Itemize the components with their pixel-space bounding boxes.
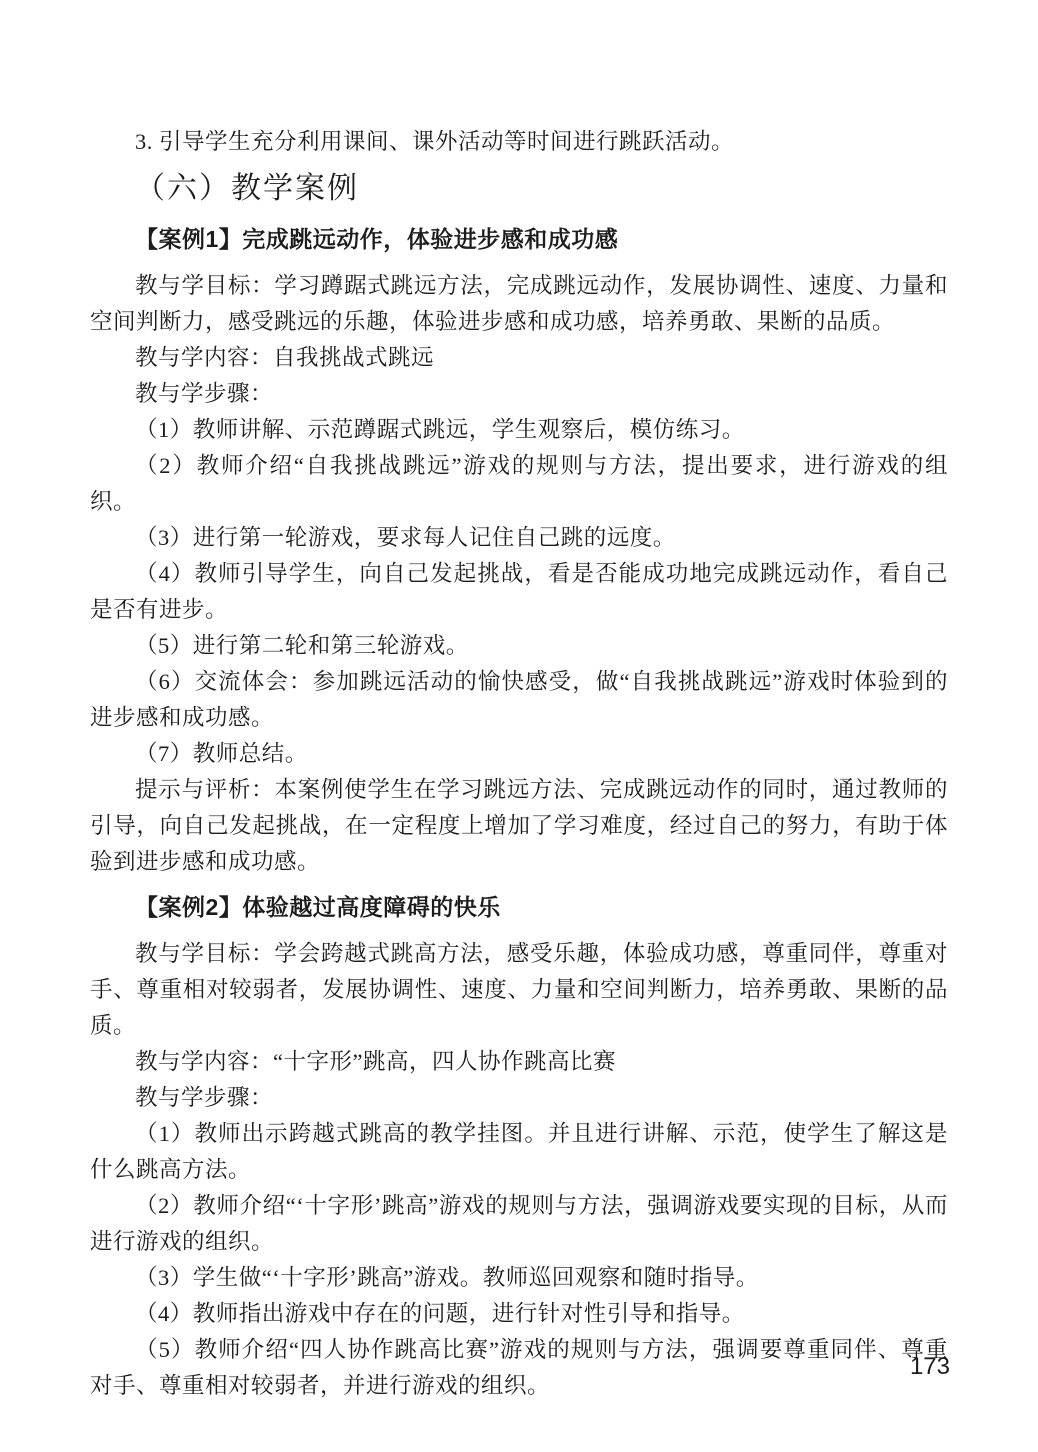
page-content: 3. 引导学生充分利用课间、课外活动等时间进行跳跃活动。 （六）教学案例 【案例… [90,124,948,1404]
case1-step-7: （7）教师总结。 [90,736,948,772]
case2-paragraph-steps-label: 教与学步骤： [90,1080,948,1116]
page-number: 173 [910,1352,950,1382]
case1-paragraph-review: 提示与评析：本案例使学生在学习跳远方法、完成跳远动作的同时，通过教师的引导，向自… [90,772,948,880]
case1-paragraph-steps-label: 教与学步骤： [90,376,948,412]
section-heading: （六）教学案例 [90,168,948,210]
case1-step-4: （4）教师引导学生，向自己发起挑战，看是否能成功地完成跳远动作，看自己是否有进步… [90,556,948,628]
case2-step-4: （4）教师指出游戏中存在的问题，进行针对性引导和指导。 [90,1296,948,1332]
case2-step-1: （1）教师出示跨越式跳高的教学挂图。并且进行讲解、示范，使学生了解这是什么跳高方… [90,1116,948,1188]
case2-heading: 【案例2】体验越过高度障碍的快乐 [90,890,948,924]
case2-step-5: （5）教师介绍“四人协作跳高比赛”游戏的规则与方法，强调要尊重同伴、尊重对手、尊… [90,1332,948,1404]
case1-step-6: （6）交流体会：参加跳远活动的愉快感受，做“自我挑战跳远”游戏时体验到的进步感和… [90,664,948,736]
case1-step-3: （3）进行第一轮游戏，要求每人记住自己跳的远度。 [90,520,948,556]
case1-step-2: （2）教师介绍“自我挑战跳远”游戏的规则与方法，提出要求，进行游戏的组织。 [90,448,948,520]
case2-paragraph-content: 教与学内容：“十字形”跳高，四人协作跳高比赛 [90,1044,948,1080]
case1-paragraph-goals: 教与学目标：学习蹲踞式跳远方法，完成跳远动作，发展协调性、速度、力量和空间判断力… [90,268,948,340]
case1-step-1: （1）教师讲解、示范蹲踞式跳远，学生观察后，模仿练习。 [90,412,948,448]
document-page: 3. 引导学生充分利用课间、课外活动等时间进行跳跃活动。 （六）教学案例 【案例… [0,0,1038,1452]
case2-step-2: （2）教师介绍“‘十字形’跳高”游戏的规则与方法，强调游戏要实现的目标，从而进行… [90,1188,948,1260]
case1-paragraph-content: 教与学内容：自我挑战式跳远 [90,340,948,376]
intro-list-item: 3. 引导学生充分利用课间、课外活动等时间进行跳跃活动。 [90,124,948,160]
case1-heading: 【案例1】完成跳远动作，体验进步感和成功感 [90,222,948,256]
case2-step-3: （3）学生做“‘十字形’跳高”游戏。教师巡回观察和随时指导。 [90,1260,948,1296]
case2-paragraph-goals: 教与学目标：学会跨越式跳高方法，感受乐趣，体验成功感，尊重同伴，尊重对手、尊重相… [90,936,948,1044]
case1-step-5: （5）进行第二轮和第三轮游戏。 [90,628,948,664]
